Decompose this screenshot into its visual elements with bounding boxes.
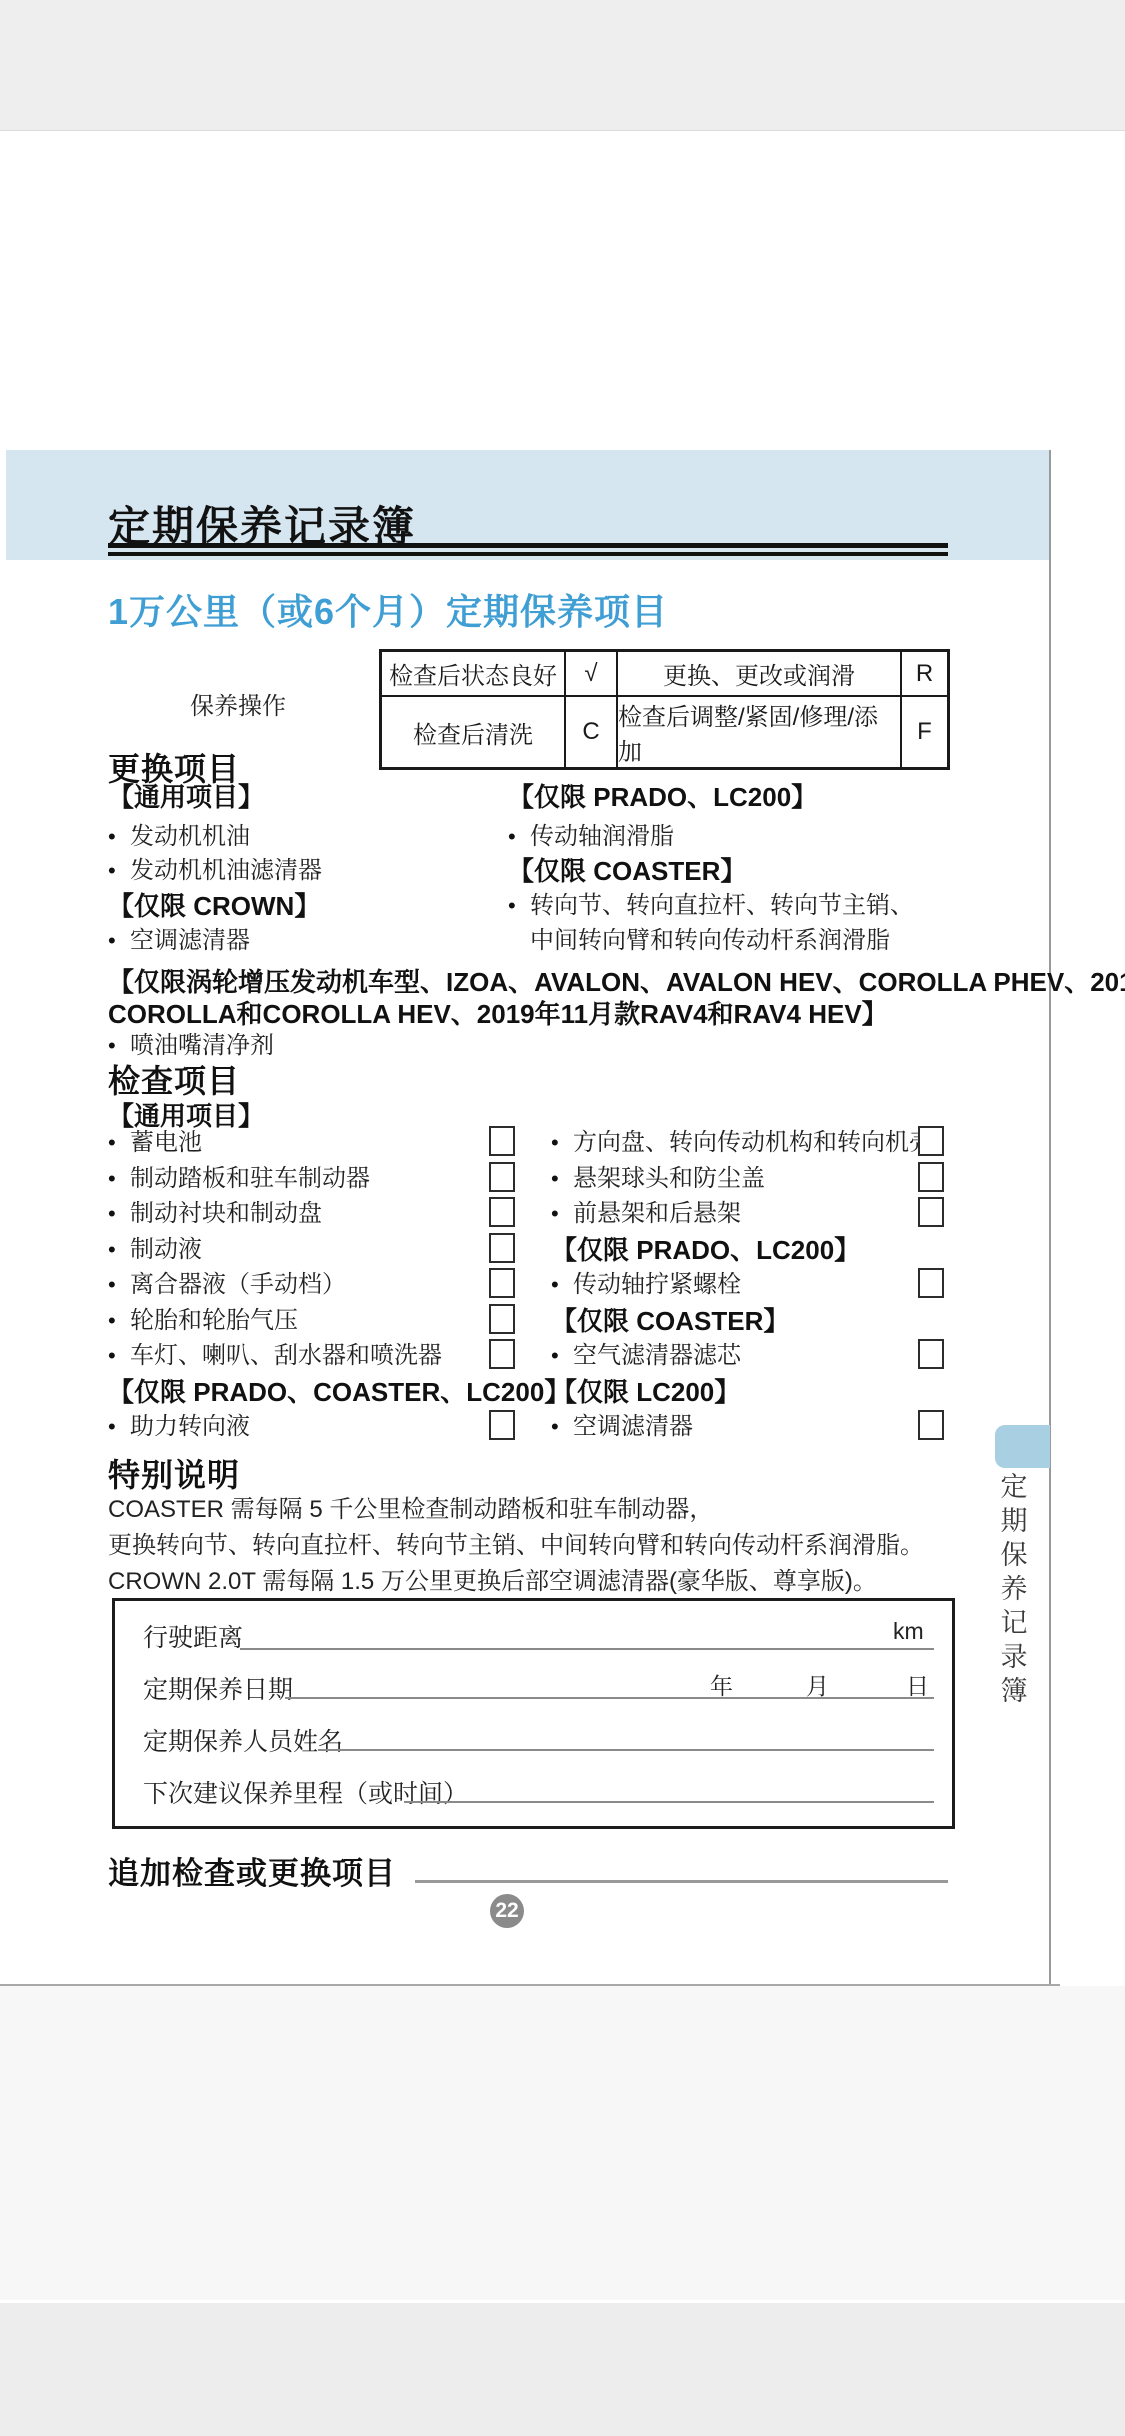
tab-char: 养 [1001,1572,1028,1606]
checkbox [489,1126,515,1156]
next-service-blank-line [404,1801,934,1803]
bullet-icon: • [551,1126,573,1160]
inspect-row: •车灯、喇叭、刮水器和喷洗器 [108,1339,520,1373]
special-note-line: 更换转向节、转向直拉杆、转向节主销、中间转向臂和转向传动杆系润滑脂。 [108,1525,924,1560]
checkbox [918,1410,944,1440]
legend-table: 检查后状态良好 √ 更换、更改或润滑 R 检查后清洗 C 检查后调整/紧固/修理… [379,649,950,770]
bullet-icon: • [551,1197,573,1231]
additional-items-blank-line [415,1880,948,1883]
scanned-maintenance-record-page: { "colors": { "accent_blue": "#3f9ed3", … [0,0,1125,2436]
tab-char: 录 [1001,1640,1028,1674]
legend-cell: R [902,652,947,697]
chapter-tab [995,1425,1050,1468]
inspect-row: •蓄电池 [108,1126,520,1160]
inspect-row: •制动衬块和制动盘 [108,1197,520,1231]
section-heading: 1万公里（或6个月）定期保养项目 [108,584,668,635]
service-date-label: 定期保养日期 [143,1670,293,1706]
tab-char: 保 [1001,1538,1028,1572]
inspect-row: •助力转向液 [108,1410,520,1444]
replace-item: •发动机机油 [108,820,250,854]
legend-cell-check-symbol: √ [566,652,618,697]
page-spine-line [1049,450,1051,1985]
legend-cell: 检查后调整/紧固/修理/添加 [618,697,902,767]
replace-item: •发动机机油滤清器 [108,854,322,888]
bullet-icon: • [108,924,130,958]
replace-right-header: 【仅限 PRADO、LC200】 [508,780,817,814]
inspect-row: •悬架球头和防尘盖 [551,1162,948,1196]
bottom-gray-background [0,2303,1125,2436]
checkbox [489,1268,515,1298]
replace-item: •转向节、转向直拉杆、转向节主销、 [508,889,914,923]
additional-items-label: 追加检查或更换项目 [108,1848,396,1893]
service-date-blank-line [285,1697,934,1699]
inspect-row: •传动轴拧紧螺栓 [551,1268,948,1302]
bullet-icon: • [551,1268,573,1302]
bullet-icon: • [108,1233,130,1267]
top-gray-background [0,0,1125,130]
checkbox [918,1197,944,1227]
checkbox [918,1126,944,1156]
inspect-row-header: 【仅限 PRADO、COASTER、LC200】 [108,1375,520,1409]
inspect-row-header: 【仅限 COASTER】 [551,1304,948,1338]
legend-cell: 检查后清洗 [382,697,566,767]
distance-unit-label: km [893,1618,924,1645]
checkbox [489,1304,515,1334]
bullet-icon: • [108,820,130,854]
inspect-row: •离合器液（手动档） [108,1268,520,1302]
inspect-row: •轮胎和轮胎气压 [108,1304,520,1338]
inspect-row: •空调滤清器 [551,1410,948,1444]
checkbox [918,1162,944,1192]
replace-right-header: 【仅限 COASTER】 [508,854,746,888]
bullet-icon: • [108,854,130,888]
tab-char: 期 [1001,1504,1028,1538]
year-unit-label: 年 [710,1668,733,1701]
bullet-icon: • [108,1197,130,1231]
title-underline-top [108,543,948,548]
turbo-models-header-line1: 【仅限涡轮增压发动机车型、IZOA、AVALON、AVALON HEV、CORO… [108,966,1125,998]
technician-name-label: 定期保养人员姓名 [143,1722,343,1758]
checkbox [918,1268,944,1298]
checkbox [489,1162,515,1192]
distance-label: 行驶距离 [143,1618,243,1654]
special-note-line: COASTER 需每隔 5 千公里检查制动踏板和驻车制动器， [108,1489,713,1524]
bullet-icon: • [108,1126,130,1160]
bullet-icon: • [508,889,530,923]
inspect-row-header: 【仅限 PRADO、LC200】 [551,1233,948,1267]
chapter-tab-vertical-label: 定 期 保 养 记 录 簿 [994,1470,1034,1708]
legend-cell: 更换、更改或润滑 [618,652,902,697]
day-unit-label: 日 [906,1668,929,1701]
checkbox [489,1197,515,1227]
tab-char: 定 [1001,1470,1028,1504]
replace-left-header: 【仅限 CROWN】 [108,889,320,923]
inspect-row: •空气滤清器滤芯 [551,1339,948,1373]
bullet-icon: • [108,1304,130,1338]
technician-name-blank-line [318,1749,934,1751]
checkbox [489,1233,515,1263]
replace-item: •传动轴润滑脂 [508,820,674,854]
replace-left-header: 【通用项目】 [108,780,264,814]
special-note-line: CROWN 2.0T 需每隔 1.5 万公里更换后部空调滤清器(豪华版、尊享版)… [108,1561,877,1596]
month-unit-label: 月 [806,1668,829,1701]
bottom-light-background [0,1986,1125,2300]
bullet-icon: • [551,1339,573,1373]
turbo-models-header-line2: COROLLA和COROLLA HEV、2019年11月款RAV4和RAV4 H… [108,998,888,1030]
distance-blank-line [240,1648,934,1650]
inspect-row: •前悬架和后悬架 [551,1197,948,1231]
legend-cell: F [902,697,947,767]
checkbox [489,1410,515,1440]
checkbox [918,1339,944,1369]
bullet-icon: • [108,1339,130,1373]
legend-cell: C [566,697,618,767]
inspect-row: •制动液 [108,1233,520,1267]
page-number: 22 [495,1899,518,1923]
next-service-label: 下次建议保养里程（或时间） [143,1774,468,1810]
inspect-row: •制动踏板和驻车制动器 [108,1162,520,1196]
title-underline-bottom [108,552,948,556]
bullet-icon: • [108,1268,130,1302]
checkbox [489,1339,515,1369]
page-top-edge [0,130,1125,131]
page-number-badge: 22 [490,1894,524,1928]
bullet-icon: • [508,820,530,854]
replace-item: •空调滤清器 [108,924,250,958]
bullet-icon: • [108,1162,130,1196]
legend-cell: 检查后状态良好 [382,652,566,697]
tab-char: 簿 [1001,1674,1028,1708]
replace-item-continuation: 中间转向臂和转向传动杆系润滑脂 [530,924,890,958]
tab-char: 记 [1001,1606,1028,1640]
inspect-row-header: 【仅限 LC200】 [551,1375,948,1409]
page-bottom-edge [0,1984,1060,1986]
bullet-icon: • [551,1162,573,1196]
legend-label: 保养操作 [190,686,286,721]
bullet-icon: • [551,1410,573,1444]
inspect-row: •方向盘、转向传动机构和转向机壳 [551,1126,948,1160]
bullet-icon: • [108,1410,130,1444]
